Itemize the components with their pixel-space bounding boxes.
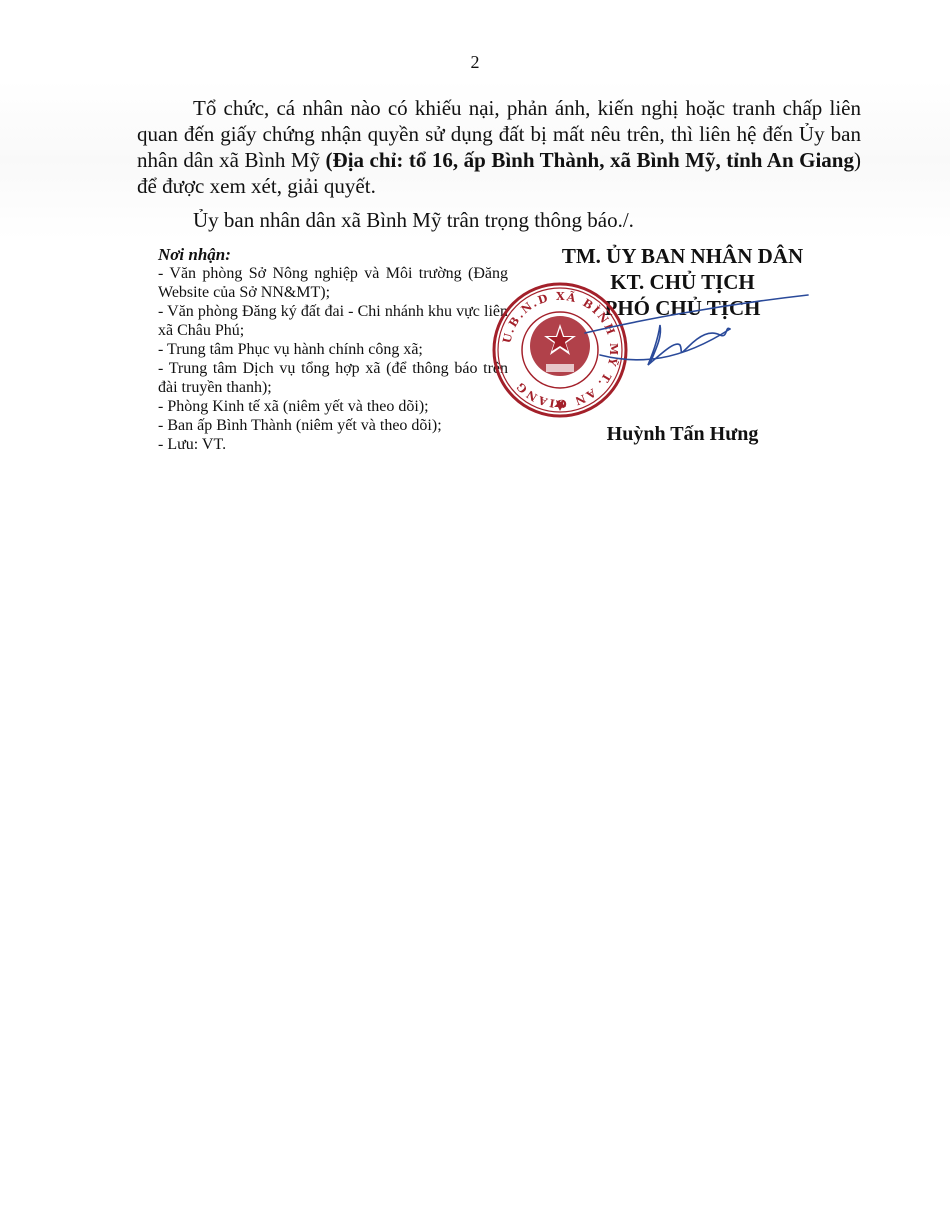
- body-text: Tổ chức, cá nhân nào có khiếu nại, phản …: [137, 95, 861, 233]
- recipient-item: - Trung tâm Dịch vụ tổng hợp xã (để thôn…: [158, 359, 508, 397]
- recipient-item: - Trung tâm Phục vụ hành chính công xã;: [158, 340, 508, 359]
- recipient-item: - Lưu: VT.: [158, 435, 508, 454]
- recipients-list: Nơi nhận: - Văn phòng Sở Nông nghiệp và …: [158, 245, 508, 454]
- page-number: 2: [0, 52, 950, 73]
- paragraph-contact: Tổ chức, cá nhân nào có khiếu nại, phản …: [137, 95, 861, 199]
- address-bold: (Địa chỉ: tổ 16, ấp Bình Thành, xã Bình …: [326, 148, 854, 172]
- recipient-item: - Phòng Kinh tế xã (niêm yết và theo dõi…: [158, 397, 508, 416]
- recipient-item: - Văn phòng Đăng ký đất đai - Chi nhánh …: [158, 302, 508, 340]
- recipient-item: - Ban ấp Bình Thành (niêm yết và theo dõ…: [158, 416, 508, 435]
- paragraph-closing: Ủy ban nhân dân xã Bình Mỹ trân trọng th…: [137, 207, 861, 233]
- recipients-title: Nơi nhận:: [158, 245, 508, 264]
- signer-name: Huỳnh Tấn Hưng: [540, 423, 825, 446]
- handwritten-signature: [580, 285, 810, 375]
- signature-line-1: TM. ỦY BAN NHÂN DÂN: [540, 243, 825, 269]
- recipient-item: - Văn phòng Sở Nông nghiệp và Môi trường…: [158, 264, 508, 302]
